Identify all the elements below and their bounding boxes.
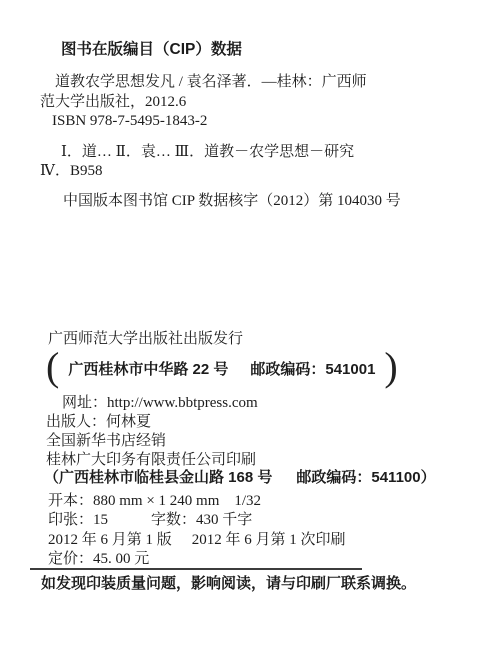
word-count: 字数：430 千字 [151,512,252,528]
publisher-postcode: 邮政编码：541001 [250,361,375,378]
publisher-address: 广西桂林市中华路 22 号 [68,361,228,378]
classification-line2: Ⅳ．B958 [40,162,103,181]
book-copyright-page: 图书在版编目（CIP）数据 道教农学思想发凡 / 袁名泽著．—桂林：广西师 范大… [0,0,500,653]
impression-info: 2012 年 6 月第 1 次印刷 [192,532,346,548]
printer-address-group: （广西桂林市临桂县金山路 168 号邮政编码：541100） [44,468,436,487]
sheets-count: 印张：15 [48,512,108,528]
printer-address: （广西桂林市临桂县金山路 168 号 [44,469,272,486]
printer-postcode: 邮政编码：541100） [296,469,435,486]
isbn-number: ISBN 978-7-5495-1843-2 [52,112,207,131]
publisher-website: 网址：http://www.bbtpress.com [62,394,258,413]
format-line: 开本：880 mm × 1 240 mm1/32 [48,492,261,511]
cip-entry-line1: 道教农学思想发凡 / 袁名泽著．—桂林：广西师 [55,73,367,92]
format-spec: 开本：880 mm × 1 240 mm [48,493,219,509]
cip-header: 图书在版编目（CIP）数据 [61,40,242,59]
divider-rule [30,568,362,570]
format-ratio: 1/32 [234,493,261,509]
publisher-line: 广西师范大学出版社出版发行 [48,330,243,349]
close-paren: ) [384,348,397,386]
publisher-address-group: ( 广西桂林市中华路 22 号邮政编码：541001 ) [46,350,398,388]
cip-record-number: 中国版本图书馆 CIP 数据核字（2012）第 104030 号 [63,192,401,211]
edition-info: 2012 年 6 月第 1 版 [48,532,172,548]
cip-entry-line2: 范大学出版社，2012.6 [40,93,186,112]
classification-line1: Ⅰ．道… Ⅱ．袁… Ⅲ．道教－农学思想－研究 [61,143,354,162]
publisher-person: 出版人：何林夏 [46,413,151,432]
publisher-address-inner: 广西桂林市中华路 22 号邮政编码：541001 [68,360,375,379]
open-paren: ( [46,348,59,386]
edition-line: 2012 年 6 月第 1 版2012 年 6 月第 1 次印刷 [48,531,346,550]
quality-notice: 如发现印装质量问题，影响阅读，请与印刷厂联系调换。 [41,574,416,593]
distribution-line: 全国新华书店经销 [46,432,166,451]
sheets-line: 印张：15字数：430 千字 [48,511,252,530]
price-line: 定价：45. 00 元 [48,550,149,569]
